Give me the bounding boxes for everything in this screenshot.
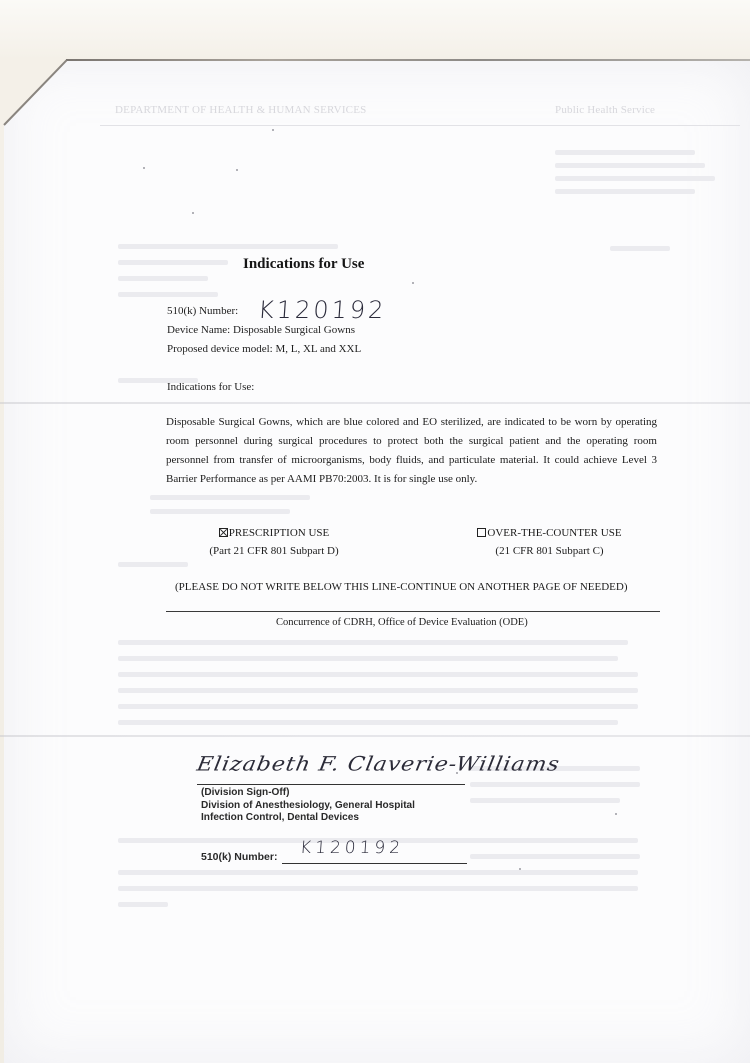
signoff-k-number-label: 510(k) Number: [201,851,277,863]
scan-speck [272,129,274,131]
concurrence-label: Concurrence of CDRH, Office of Device Ev… [276,617,528,628]
otc-use-regulation: (21 CFR 801 Subpart C) [467,542,632,560]
bleed-through-line [118,244,338,249]
bleed-through-line [118,688,638,693]
do-not-write-notice: (PLEASE DO NOT WRITE BELOW THIS LINE-CON… [175,581,628,593]
signoff-line-1: (Division Sign-Off) [201,786,415,799]
scan-speck [615,813,617,815]
device-name: Device Name: Disposable Surgical Gowns [167,324,355,336]
signature-line [197,784,465,785]
document-page [4,60,750,1063]
bleed-through-line [118,260,228,265]
checked-box-icon [219,528,228,537]
bleed-through-line [118,902,168,907]
division-signoff-block: (Division Sign-Off) Division of Anesthes… [201,786,415,824]
k-number-handwritten: K120192 [257,296,387,324]
bleed-through-line [118,656,618,661]
bleed-through-line [118,870,638,875]
paper-top-edge [66,59,750,61]
bleed-through-line [118,886,638,891]
bleed-through-line [118,562,188,567]
bleed-through-line [118,292,218,297]
prescription-use-option: PRESCRIPTION USE (Part 21 CFR 801 Subpar… [200,524,348,560]
scan-speck [456,772,458,774]
bleed-through-rule [100,125,740,126]
bleed-through-line [470,798,620,803]
bleed-through-line [150,509,290,514]
bleed-through-line [470,782,640,787]
bleed-through-line [150,495,310,500]
scan-speck [192,212,194,214]
signoff-number-line [282,863,467,864]
bleed-through-line [118,672,638,677]
bleed-through-line [118,640,628,645]
otc-use-label: OVER-THE-COUNTER USE [487,527,621,539]
signoff-k-number-handwritten: K120192 [299,838,404,858]
prescription-use-regulation: (Part 21 CFR 801 Subpart D) [200,542,348,560]
otc-use-option: OVER-THE-COUNTER USE (21 CFR 801 Subpart… [467,524,632,560]
bleed-through-line [555,163,705,168]
scan-speck [143,167,145,169]
indications-label: Indications for Use: [167,381,254,393]
bleed-through-line [118,704,638,709]
bleed-through-header-left: DEPARTMENT OF HEALTH & HUMAN SERVICES [115,104,366,116]
bleed-through-line [118,720,618,725]
bleed-through-line [470,854,640,859]
indications-text: Disposable Surgical Gowns, which are blu… [166,413,657,489]
bleed-through-line [555,150,695,155]
paper-fold [0,735,750,737]
empty-box-icon [477,528,486,537]
k-number-label: 510(k) Number: [167,305,238,317]
signoff-line-2: Division of Anesthesiology, General Hosp… [201,799,415,812]
scan-speck [236,169,238,171]
proposed-device-model: Proposed device model: M, L, XL and XXL [167,343,361,355]
paper-fold [0,402,750,404]
bleed-through-line [555,176,715,181]
bleed-through-line [555,189,695,194]
bleed-through-line [610,246,670,251]
page-title: Indications for Use [243,256,364,273]
bleed-through-header-right: Public Health Service [555,104,655,116]
scan-speck [412,282,414,284]
prescription-use-label: PRESCRIPTION USE [229,527,330,539]
signoff-line-3: Infection Control, Dental Devices [201,811,415,824]
signature: Elizabeth F. Claverie-Williams [195,753,562,776]
scan-speck [519,868,521,870]
bleed-through-line [118,276,208,281]
divider-line [166,611,660,612]
